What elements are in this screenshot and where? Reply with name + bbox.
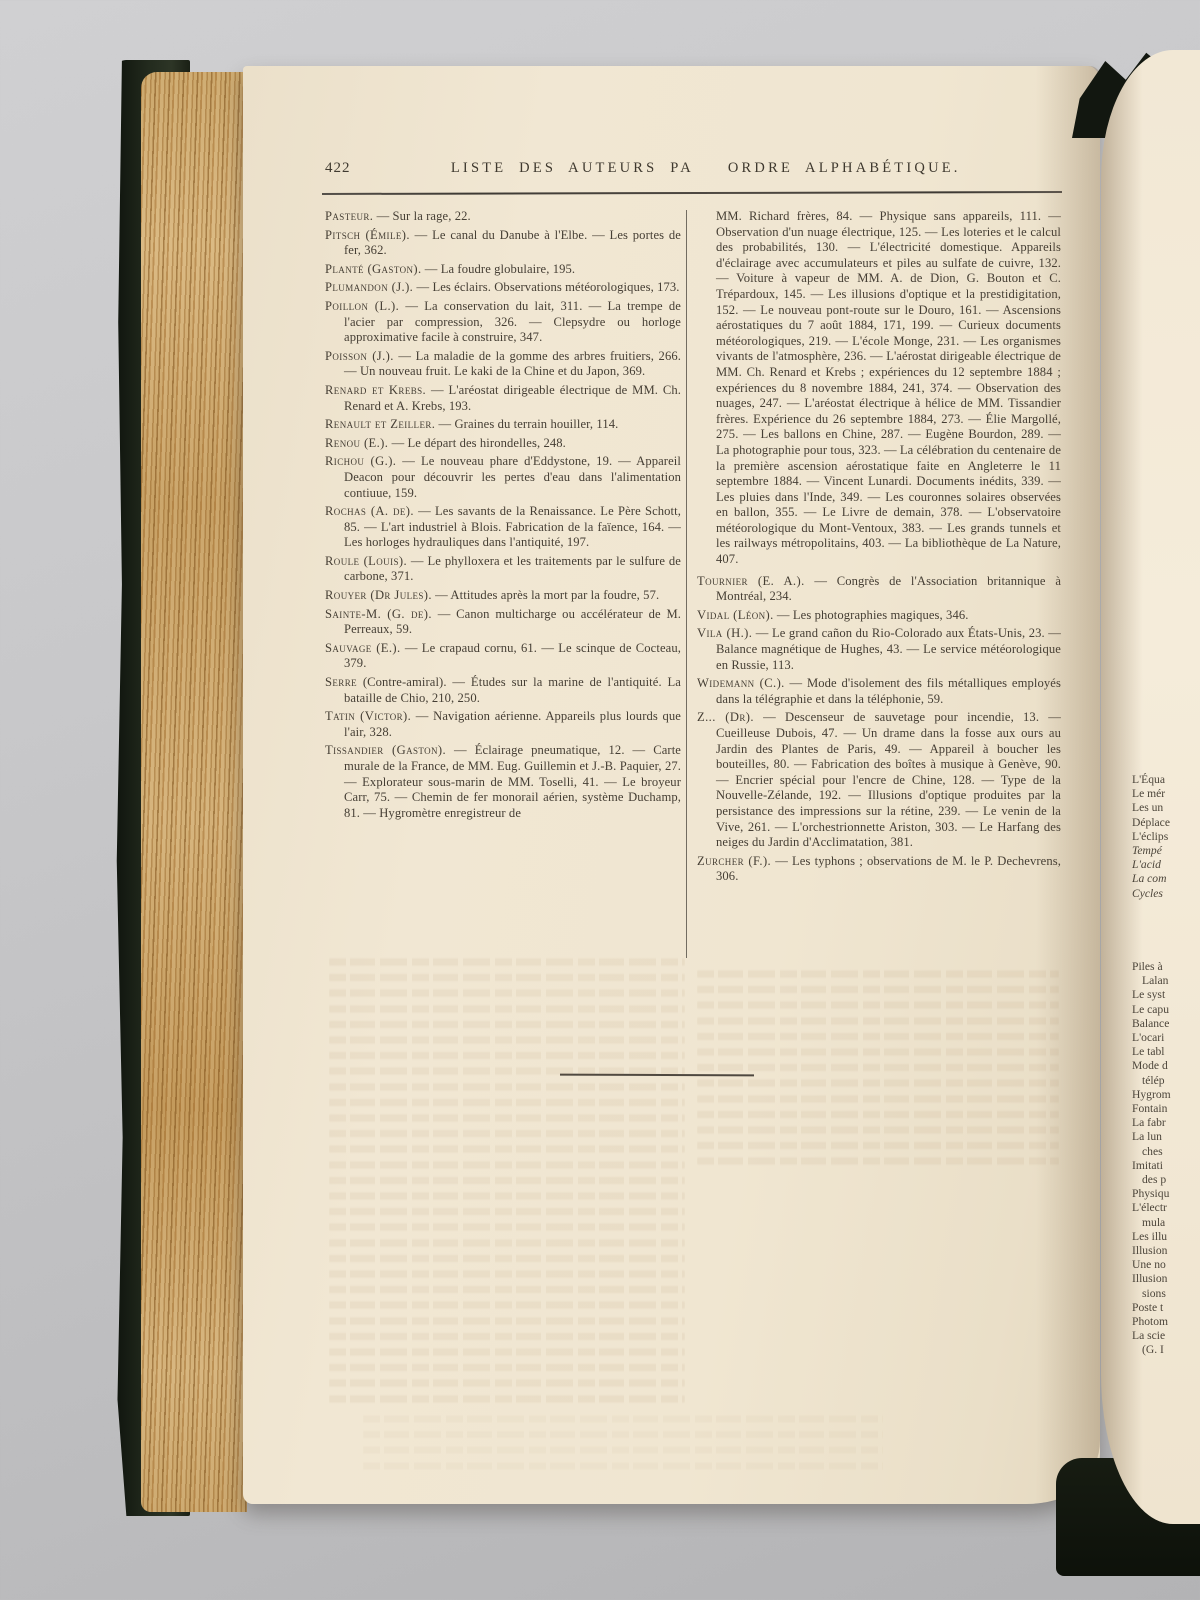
index-entry: Pitsch (Émile). — Le canal du Danube à l… [325, 228, 681, 259]
index-entry: Renault et Zeiller. — Graines du terrain… [325, 417, 681, 433]
index-entry: Renard et Krebs. — L'aréostat dirigeable… [325, 383, 681, 414]
next-page-text-fragment: Le tabl [1132, 1045, 1200, 1059]
author-name: Roule (Louis). [325, 554, 407, 568]
index-entry: Widemann (C.). — Mode d'isolement des fi… [697, 676, 1061, 707]
next-page-text-fragment: Illusion [1132, 1272, 1200, 1286]
next-page-text-fragment: Tempé [1132, 844, 1200, 858]
column-divider-rule [686, 210, 687, 958]
next-page-text-fragment: ches [1132, 1145, 1200, 1159]
index-column-right: MM. Richard frères, 84. — Physique sans … [697, 209, 1061, 888]
next-page-text-fragment: Piles à [1132, 960, 1200, 974]
index-entry: Poisson (J.). — La maladie de la gomme d… [325, 349, 681, 380]
next-page-text-fragment: Le capu [1132, 1003, 1200, 1017]
author-name: Widemann (C.). [697, 676, 785, 690]
index-entry: Serre (Contre-amiral). — Études sur la m… [325, 675, 681, 706]
index-entry: Z... (Dr). — Descenseur de sauvetage pou… [697, 710, 1061, 850]
index-entry: Roule (Louis). — Le phylloxera et les tr… [325, 554, 681, 585]
next-page-text-fragment: Physiqu [1132, 1187, 1200, 1201]
entry-text: — Descenseur de sauvetage pour incendie,… [716, 710, 1061, 849]
index-entry: Richou (G.). — Le nouveau phare d'Eddyst… [325, 454, 681, 501]
next-page-text-fragment: Le mér [1132, 787, 1200, 801]
author-name: Renard et Krebs. [325, 383, 426, 397]
next-page-fragments-upper: L'ÉquaLe mérLes unDéplaceL'éclipsTempéL'… [1132, 773, 1200, 901]
entry-text: (Contre-amiral). — Études sur la marine … [344, 675, 681, 705]
verso-showthrough [329, 954, 685, 1406]
entry-text: — Les photographies magiques, 346. [774, 608, 969, 622]
book-photo-scene: 422 LISTE DES AUTEURS PAORDRE ALPHABÉTIQ… [0, 0, 1200, 1600]
index-entry: Tournier (E. A.). — Congrès de l'Associa… [697, 574, 1061, 605]
next-page-text-fragment: Une no [1132, 1258, 1200, 1272]
next-page-text-fragment: (G. I [1132, 1343, 1200, 1357]
index-entry: Planté (Gaston). — La foudre globulaire,… [325, 262, 681, 278]
index-entry: Zurcher (F.). — Les typhons ; observatio… [697, 854, 1061, 885]
author-name: Pasteur. [325, 209, 373, 223]
next-page-text-fragment: Hygrom [1132, 1088, 1200, 1102]
verso-showthrough [697, 966, 1059, 1171]
author-name: Sainte-M. (G. de). [325, 607, 432, 621]
next-page-text-fragment: La lun [1132, 1130, 1200, 1144]
verso-showthrough [363, 1411, 883, 1471]
next-page-text-fragment: Fontain [1132, 1102, 1200, 1116]
index-entry: Plumandon (J.). — Les éclairs. Observati… [325, 280, 681, 296]
entry-text: — Graines du terrain houiller, 114. [435, 417, 618, 431]
index-entry: Sainte-M. (G. de). — Canon multicharge o… [325, 607, 681, 638]
next-page-text-fragment: L'électr [1132, 1201, 1200, 1215]
entry-text: — Attitudes après la mort par la foudre,… [432, 588, 659, 602]
index-entry: Sauvage (E.). — Le crapaud cornu, 61. — … [325, 641, 681, 672]
author-name: Zurcher (F.). [697, 854, 771, 868]
next-page-text-fragment: La scie [1132, 1329, 1200, 1343]
index-entry: Pasteur. — Sur la rage, 22. [325, 209, 681, 225]
author-name: Tatin (Victor). [325, 709, 411, 723]
entry-text: — La foudre globulaire, 195. [422, 262, 576, 276]
page-header: 422 LISTE DES AUTEURS PAORDRE ALPHABÉTIQ… [325, 160, 1061, 184]
author-name: Plumandon (J.). [325, 280, 413, 294]
index-entry: Rochas (A. de). — Les savants de la Rena… [325, 504, 681, 551]
author-name: Rochas (A. de). [325, 504, 414, 518]
author-name: Sauvage (E.). [325, 641, 401, 655]
index-entry: Tissandier (Gaston). — Éclairage pneumat… [325, 743, 681, 821]
next-page-text-fragment: Lalan [1132, 974, 1200, 988]
next-page-text-fragment: L'ocari [1132, 1031, 1200, 1045]
entry-text: — Les éclairs. Observations météorologiq… [413, 280, 679, 294]
index-entry: Poillon (L.). — La conservation du lait,… [325, 299, 681, 346]
index-entry: Vila (H.). — Le grand cañon du Rio-Color… [697, 626, 1061, 673]
next-page-text-fragment: L'acid [1132, 858, 1200, 872]
index-entry: Tatin (Victor). — Navigation aérienne. A… [325, 709, 681, 740]
next-page-fragments-lower: Piles àLalanLe systLe capuBalanceL'ocari… [1132, 960, 1200, 1358]
section-end-rule [560, 1074, 754, 1076]
page-title-right: ORDRE ALPHABÉTIQUE. [728, 160, 961, 176]
author-name: Z... (Dr). [697, 710, 754, 724]
next-page-text-fragment: Mode d [1132, 1059, 1200, 1073]
entry-text: — La maladie de la gomme des arbres frui… [344, 349, 681, 379]
index-entry: Renou (E.). — Le départ des hirondelles,… [325, 436, 681, 452]
index-entry: Rouyer (Dr Jules). — Attitudes après la … [325, 588, 681, 604]
entry-text: — Le grand cañon du Rio-Colorado aux Éta… [716, 626, 1061, 671]
next-page-text-fragment: télép [1132, 1074, 1200, 1088]
next-page-text-fragment: Les un [1132, 801, 1200, 815]
author-name: Pitsch (Émile). [325, 228, 410, 242]
next-page-text-fragment: mula [1132, 1216, 1200, 1230]
next-page-text-fragment: sions [1132, 1287, 1200, 1301]
left-page: 422 LISTE DES AUTEURS PAORDRE ALPHABÉTIQ… [243, 66, 1100, 1504]
next-page-text-fragment: L'éclips [1132, 830, 1200, 844]
next-page-text-fragment: L'Équa [1132, 773, 1200, 787]
author-name: Vila (H.). [697, 626, 752, 640]
author-name: Serre [325, 675, 357, 689]
author-name: Renault et Zeiller. [325, 417, 435, 431]
entry-text: — Sur la rage, 22. [373, 209, 470, 223]
index-column-left: Pasteur. — Sur la rage, 22.Pitsch (Émile… [325, 209, 681, 824]
index-entry: Vidal (Léon). — Les photographies magiqu… [697, 608, 1061, 624]
next-page-text-fragment: Illusion [1132, 1244, 1200, 1258]
index-entry-continuation: MM. Richard frères, 84. — Physique sans … [697, 209, 1061, 568]
next-page-text-fragment: Les illu [1132, 1230, 1200, 1244]
index-entries-right: Tournier (E. A.). — Congrès de l'Associa… [697, 574, 1061, 885]
page-title-left: LISTE DES AUTEURS PA [451, 160, 694, 176]
author-name: Rouyer (Dr Jules). [325, 588, 432, 602]
author-name: Poisson (J.). [325, 349, 394, 363]
entry-text: — Le départ des hirondelles, 248. [388, 436, 566, 450]
next-page-text-fragment: Cycles [1132, 887, 1200, 901]
next-page-partial: L'ÉquaLe mérLes unDéplaceL'éclipsTempéL'… [1101, 50, 1200, 1524]
author-name: Planté (Gaston). [325, 262, 422, 276]
author-name: Poillon (L.). [325, 299, 399, 313]
page-number: 422 [325, 160, 351, 177]
next-page-text-fragment: Déplace [1132, 816, 1200, 830]
header-rule [322, 191, 1062, 195]
next-page-text-fragment: Imitati [1132, 1159, 1200, 1173]
next-page-text-fragment: Poste t [1132, 1301, 1200, 1315]
page-fore-edges [141, 72, 247, 1512]
author-name: Richou (G.). [325, 454, 396, 468]
next-page-text-fragment: La com [1132, 872, 1200, 886]
page-title: LISTE DES AUTEURS PAORDRE ALPHABÉTIQUE. [351, 160, 1062, 177]
next-page-text-fragment: des p [1132, 1173, 1200, 1187]
next-page-text-fragment: La fabr [1132, 1116, 1200, 1130]
author-name: Tournier (E. A.). [697, 574, 805, 588]
author-name: Vidal (Léon). [697, 608, 774, 622]
next-page-text-fragment: Balance [1132, 1017, 1200, 1031]
author-name: Tissandier (Gaston). [325, 743, 446, 757]
next-page-text-fragment: Photom [1132, 1315, 1200, 1329]
next-page-text-fragment: Le syst [1132, 988, 1200, 1002]
author-name: Renou (E.). [325, 436, 388, 450]
